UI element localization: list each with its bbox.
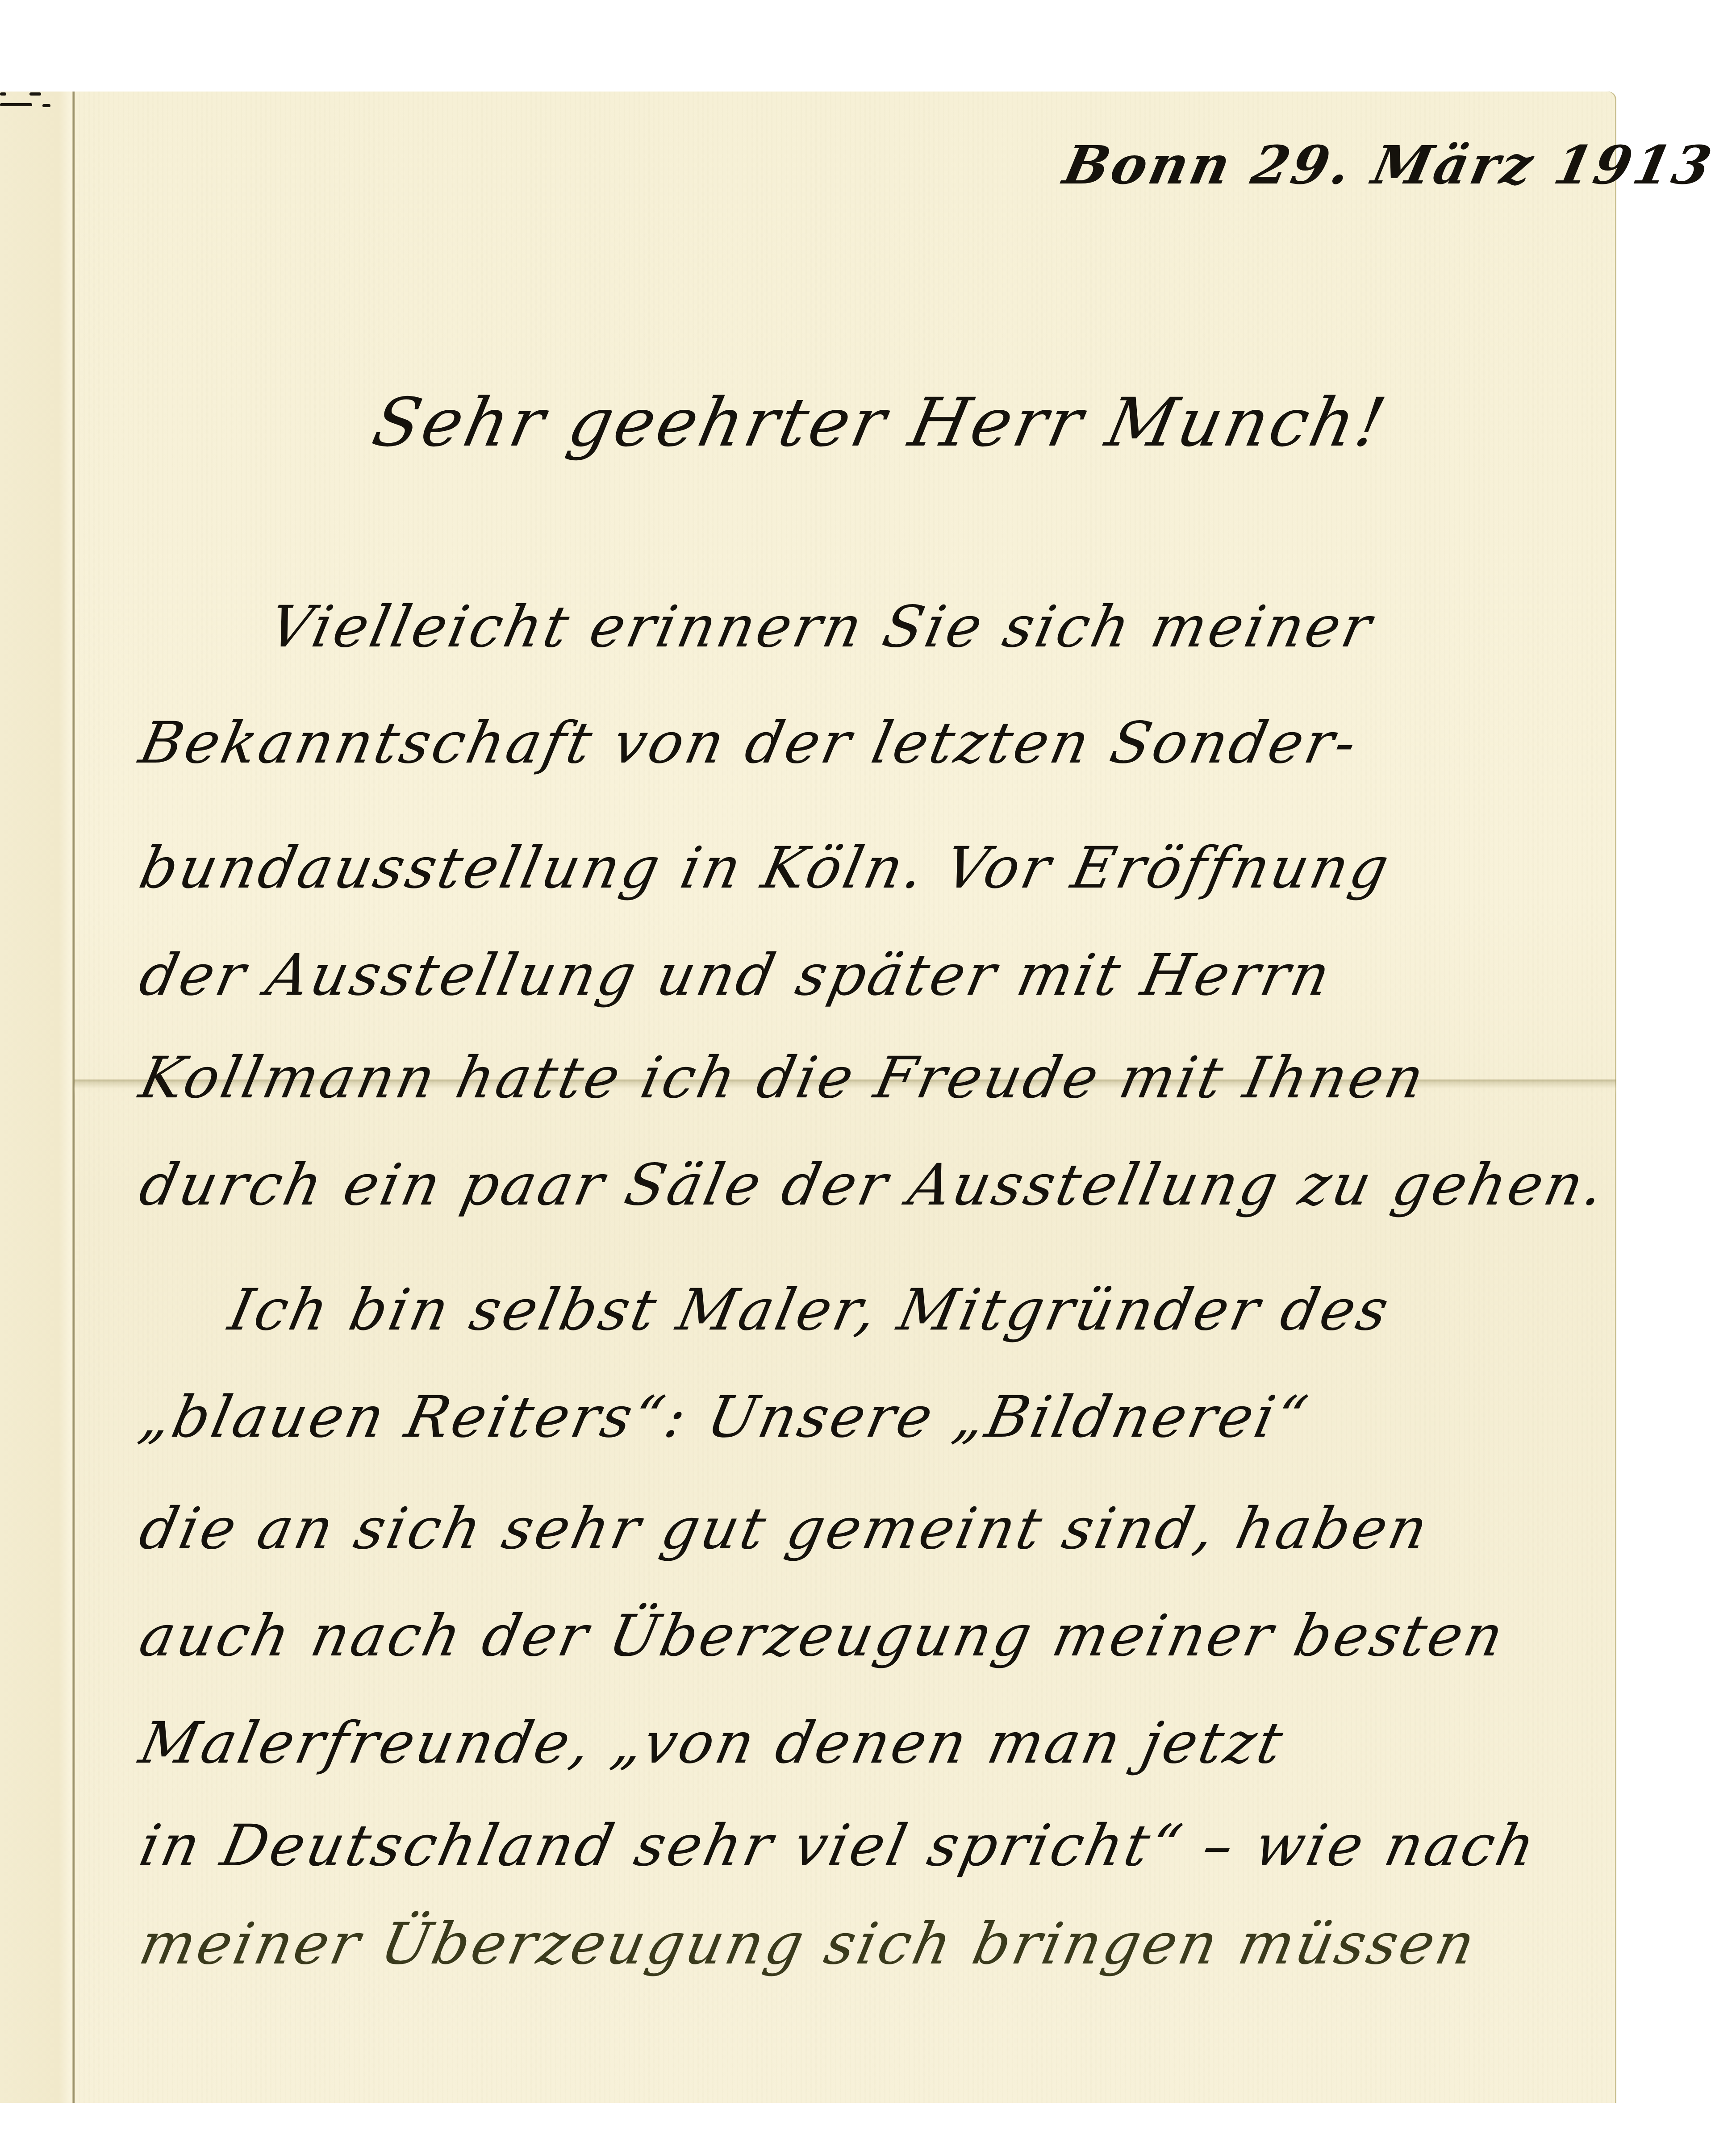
letter-line: Malerfreunde, „von denen man jetzt <box>134 1710 1291 1776</box>
letter-line: Kollmann hatte ich die Freude mit Ihnen <box>134 1045 1432 1111</box>
letter-line: auch nach der Überzeugung meiner besten <box>134 1603 1511 1669</box>
salutation: Sehr geehrter Herr Munch! <box>366 384 1394 462</box>
left-facing-page <box>0 92 74 2103</box>
letter-line: meiner Überzeugung sich bringen müssen <box>134 1911 1483 1977</box>
ink-fragment <box>0 92 6 96</box>
ink-fragment <box>42 104 50 107</box>
letter-line: Bekanntschaft von der letzten Sonder- <box>134 710 1365 776</box>
letter-line: „blauen Reiters“: Unsere „Bildnerei“ <box>134 1384 1315 1451</box>
ink-fragment <box>29 92 41 96</box>
letter-line: die an sich sehr gut gemeint sind, haben <box>134 1496 1436 1562</box>
letter-line: Vielleicht erinnern Sie sich meiner <box>263 594 1380 660</box>
place-date: Bonn 29. März 1913 <box>1058 134 1719 196</box>
vertical-fold <box>72 92 75 2103</box>
letter-line: Ich bin selbst Maler, Mitgründer des <box>223 1277 1397 1343</box>
letter-line: in Deutschland sehr viel spricht“ – wie … <box>134 1813 1543 1879</box>
letter-line: durch ein paar Säle der Ausstellung zu g… <box>134 1152 1613 1218</box>
letter-line: der Ausstellung und später mit Herrn <box>134 942 1338 1009</box>
ink-fragment <box>0 103 32 106</box>
letter-line: bundausstellung in Köln. Vor Eröffnung <box>134 835 1397 901</box>
